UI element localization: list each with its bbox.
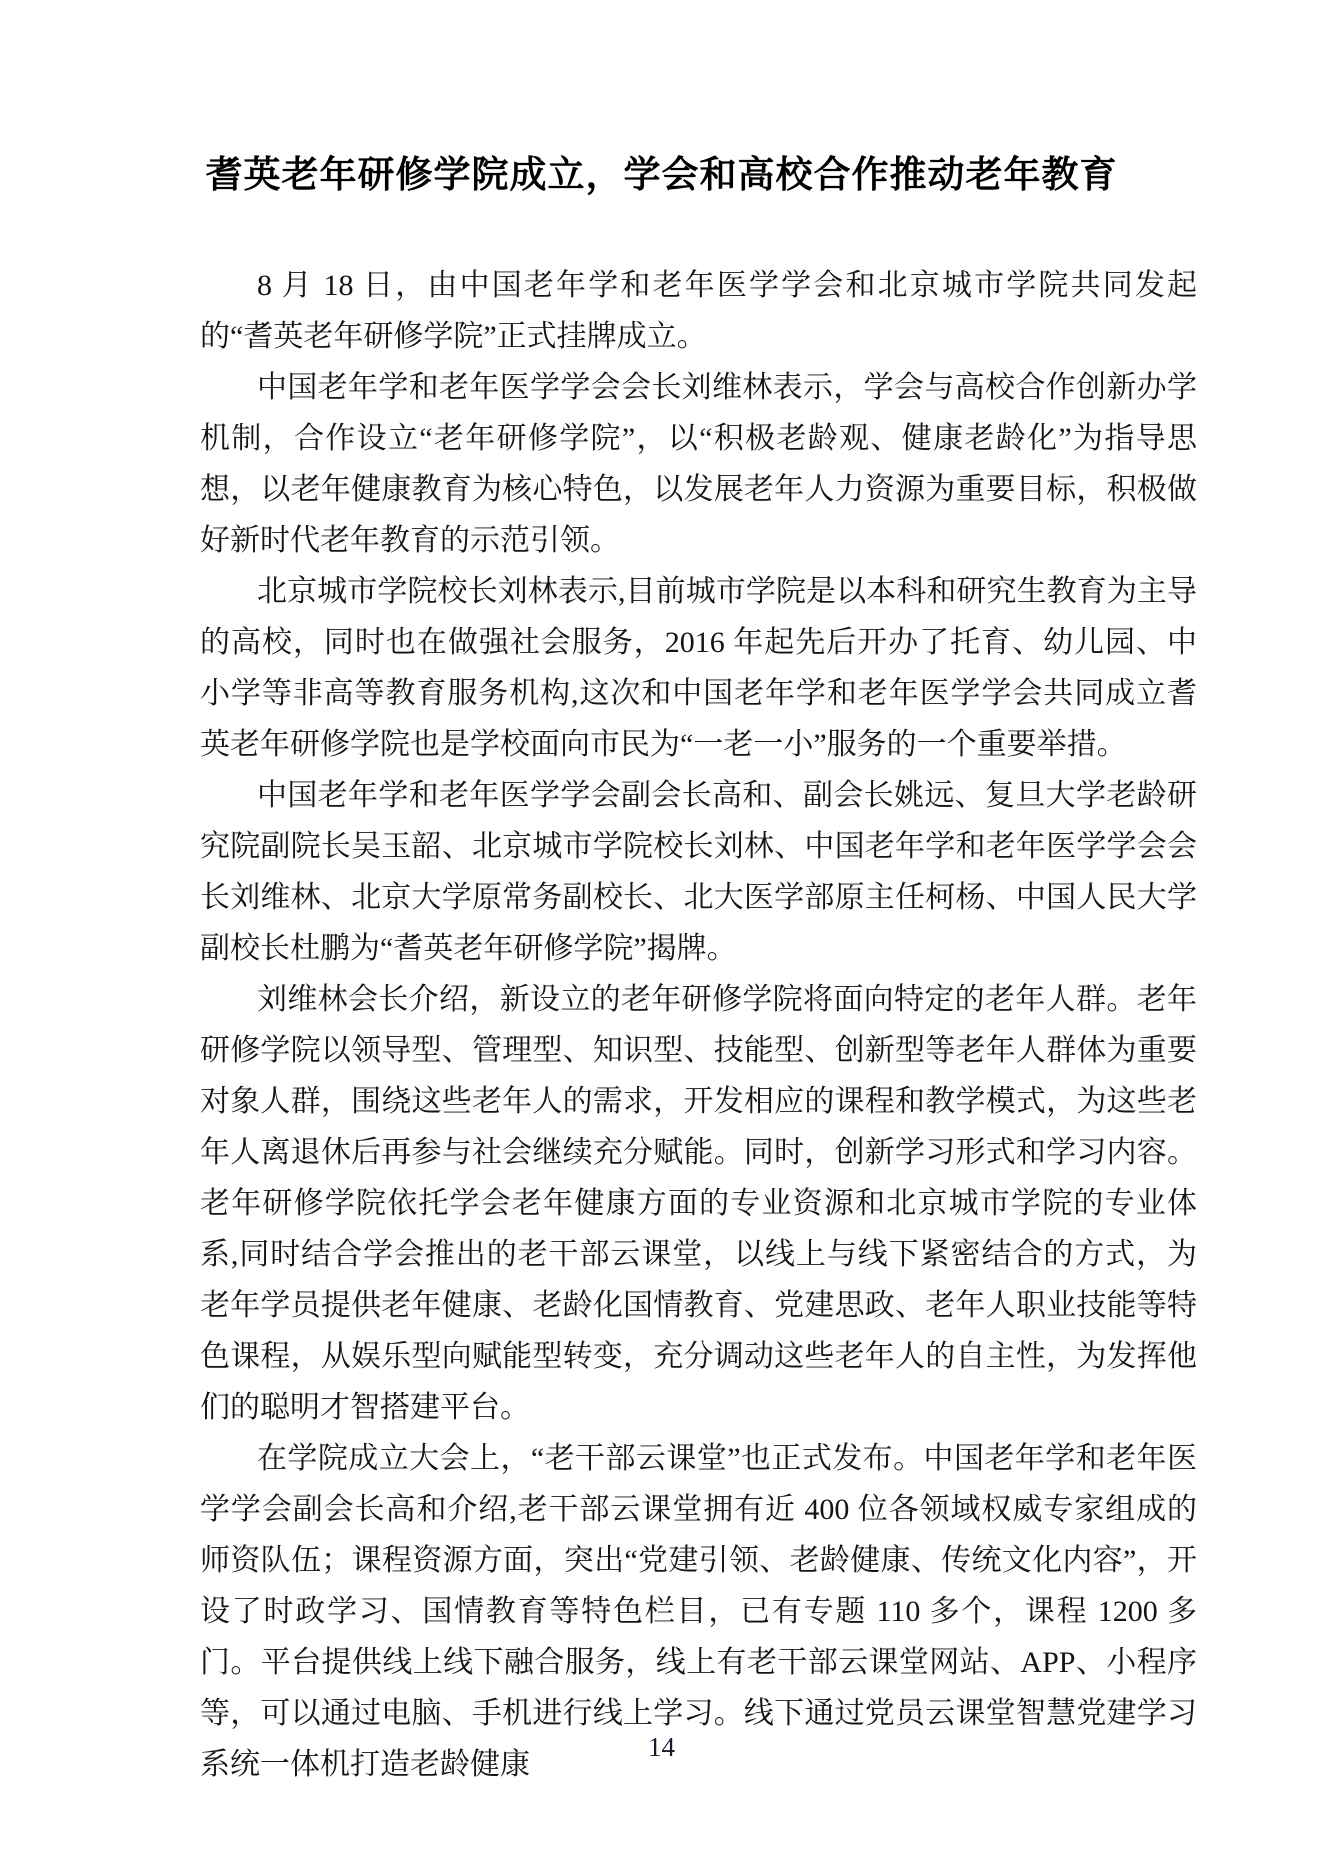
paragraph-intro: 8 月 18 日，由中国老年学和老年医学学会和北京城市学院共同发起的“耆英老年研… <box>200 260 1197 362</box>
page-title: 耆英老年研修学院成立，学会和高校合作推动老年教育 <box>0 0 1323 200</box>
document-page: 耆英老年研修学院成立，学会和高校合作推动老年教育 8 月 18 日，由中国老年学… <box>0 0 1323 1871</box>
paragraph-unveiling-attendees: 中国老年学和老年医学学会副会长高和、副会长姚远、复旦大学老龄研究院副院长吴玉韶、… <box>200 770 1197 974</box>
paragraph-liulin-statement: 北京城市学院校长刘林表示,目前城市学院是以本科和研究生教育为主导的高校，同时也在… <box>200 566 1197 770</box>
paragraph-liuweilin-statement: 中国老年学和老年医学学会会长刘维林表示，学会与高校合作创新办学机制，合作设立“老… <box>200 362 1197 566</box>
page-number: 14 <box>0 1732 1323 1762</box>
article-body: 8 月 18 日，由中国老年学和老年医学学会和北京城市学院共同发起的“耆英老年研… <box>200 260 1197 1790</box>
paragraph-academy-introduction: 刘维林会长介绍，新设立的老年研修学院将面向特定的老年人群。老年研修学院以领导型、… <box>200 974 1197 1433</box>
